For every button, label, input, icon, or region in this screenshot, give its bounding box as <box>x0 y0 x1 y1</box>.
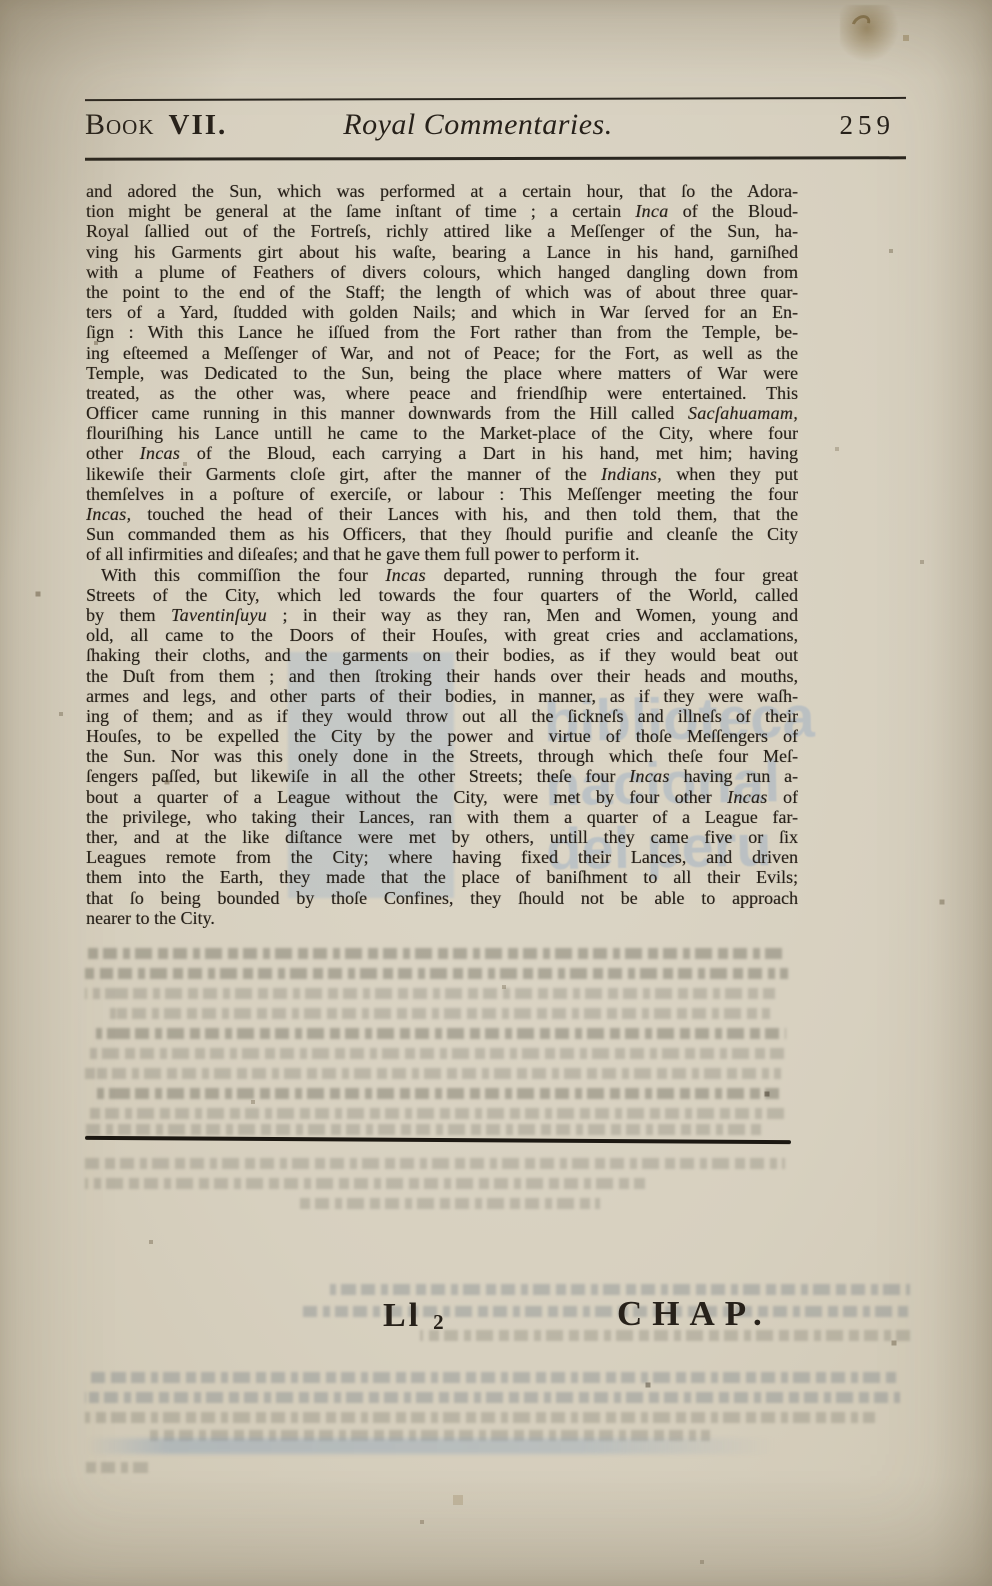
bleedthrough-line <box>85 1068 781 1079</box>
text-line: bout a quarter of a League without the C… <box>86 787 798 807</box>
bleedthrough-line <box>85 1392 900 1403</box>
text-line: With this commiſſion the four Incas depa… <box>86 565 798 585</box>
bleedthrough-line <box>85 1178 645 1189</box>
text-line: ſign : With this Lance he iſſued from th… <box>86 322 798 342</box>
text-line: and adored the Sun, which was performed … <box>86 181 798 201</box>
text-line: ther, and at the like diſtance were met … <box>86 827 798 847</box>
text-line: nearer to the City. <box>86 908 798 928</box>
bleedthrough-line <box>96 1028 786 1039</box>
bleedthrough-line <box>85 988 775 999</box>
body-text: and adored the Sun, which was performed … <box>86 181 798 928</box>
text-line: Royal ſallied out of the Fortreſs, richl… <box>86 221 798 241</box>
bleedthrough-line <box>85 1108 785 1119</box>
text-line: that ſo being bounded by thoſe Confines,… <box>86 888 798 908</box>
text-line: Streets of the City, which led towards t… <box>86 585 798 605</box>
running-title: Royal Commentaries. <box>343 108 612 142</box>
bleedthrough-line <box>110 1008 770 1019</box>
bleedthrough-smear <box>85 1438 775 1454</box>
text-line: ſengers paſſed, but likewiſe in all the … <box>86 766 798 786</box>
text-line: ing eſteemed a Meſſenger of War, and not… <box>86 343 798 363</box>
book-page-scan: Book VII. Royal Commentaries. 259 biblio… <box>0 0 992 1586</box>
bleedthrough-line <box>85 968 788 979</box>
text-line: Sun commanded them as his Officers, that… <box>86 524 798 544</box>
bleedthrough-line <box>85 1412 875 1423</box>
text-line: themſelves in a poſture of exerciſe, or … <box>86 484 798 504</box>
ink-stain <box>840 5 900 63</box>
section-rule <box>85 1136 791 1144</box>
text-line: ſhaking their cloths, and the garments o… <box>86 645 798 665</box>
text-line: them into the Earth, they made that the … <box>86 867 798 887</box>
header-rule-bottom <box>85 156 906 160</box>
text-line: the point to the end of the Staff; the l… <box>86 282 798 302</box>
text-line: of all infirmities and diſeaſes; and tha… <box>86 544 798 564</box>
text-line: Officer came running in this manner down… <box>86 403 798 423</box>
book-numeral: VII. <box>169 109 228 141</box>
text-line: likewiſe their Garments cloſe girt, afte… <box>86 464 798 484</box>
book-heading: Book VII. <box>85 108 227 142</box>
bleedthrough-line <box>300 1198 600 1209</box>
bleedthrough-line <box>86 1462 148 1473</box>
bleedthrough-line <box>85 1158 785 1169</box>
paper-specks <box>0 0 2 2</box>
bleedthrough-line <box>92 1088 780 1099</box>
text-line: by them Taventinſuyu ; in their way as t… <box>86 605 798 625</box>
text-line: ving his Garments girt about his waſte, … <box>86 242 798 262</box>
page-number: 259 <box>840 110 896 141</box>
text-line: the Duſt from them ; and then ſtroking t… <box>86 666 798 686</box>
header-rule-top <box>85 97 906 101</box>
signature-mark: Ll2 <box>383 1297 447 1335</box>
text-line: armes and legs, and other parts of their… <box>86 686 798 706</box>
text-line: the Sun. Nor was this onely done in the … <box>86 746 798 766</box>
text-line: the privilege, who taking their Lances, … <box>86 807 798 827</box>
text-line: Leagues remote from the City; where havi… <box>86 847 798 867</box>
text-line: old, all came to the Doors of their Houſ… <box>86 625 798 645</box>
text-line: Incas, touched the head of their Lances … <box>86 504 798 524</box>
text-line: with a plume of Feathers of divers colou… <box>86 262 798 282</box>
text-line: treated, as the other was, where peace a… <box>86 383 798 403</box>
bleedthrough-line <box>88 948 788 959</box>
text-line: Houſes, to be expelled the City by the p… <box>86 726 798 746</box>
text-line: ters of a Yard, ſtudded with golden Nail… <box>86 302 798 322</box>
bleedthrough-line <box>85 1124 765 1135</box>
book-label: Book <box>85 108 155 141</box>
text-line: Temple, was Dedicated to the Sun, being … <box>86 363 798 383</box>
text-line: other Incas of the Bloud, each carrying … <box>86 443 798 463</box>
text-line: flouriſhing his Lance untill he came to … <box>86 423 798 443</box>
catchword: CHAP. <box>617 1294 772 1334</box>
text-line: tion might be general at the ſame inſtan… <box>86 201 798 221</box>
signature-letters: Ll <box>383 1297 421 1334</box>
signature-number: 2 <box>433 1310 447 1334</box>
page-header: Book VII. Royal Commentaries. 259 <box>85 108 907 156</box>
bleedthrough-line <box>90 1372 900 1383</box>
bleedthrough-line <box>85 1048 785 1059</box>
text-line: ing of them; and as if they would throw … <box>86 706 798 726</box>
